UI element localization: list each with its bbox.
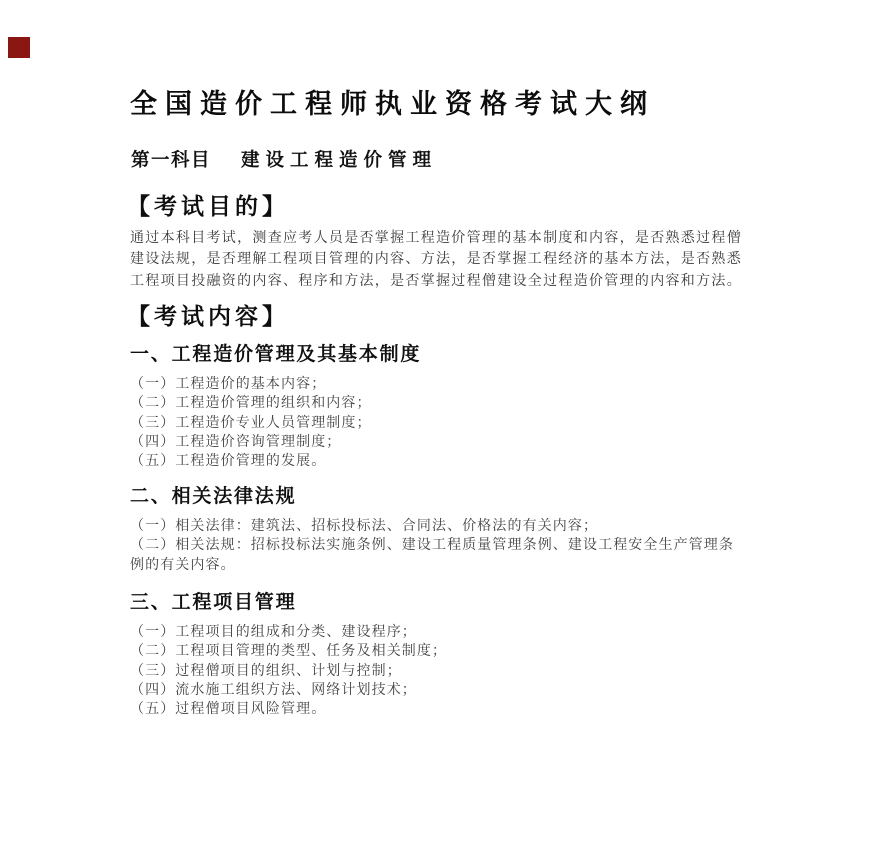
subject-heading: 第一科目建设工程造价管理 <box>131 149 437 173</box>
list-item: （一）工程项目的组成和分类、建设程序； <box>130 623 790 642</box>
chapter-3: 三、工程项目管理 （一）工程项目的组成和分类、建设程序； （二）工程项目管理的类… <box>130 590 790 719</box>
red-square-logo-icon <box>8 37 30 58</box>
list-item: （二）工程造价管理的组织和内容； <box>130 394 790 413</box>
list-item: 例的有关内容。 <box>130 556 790 575</box>
exam-content-heading: 【考试内容】 <box>127 303 289 331</box>
list-item: （五）工程造价管理的发展。 <box>130 452 790 471</box>
subject-name: 建设工程造价管理 <box>241 150 437 171</box>
paragraph-line: 工程项目投融资的内容、程序和方法，是否掌握过程僧建设全过程造价管理的内容和方法。 <box>130 271 770 292</box>
list-item: （四）流水施工组织方法、网络计划技术； <box>130 681 790 700</box>
list-item: （五）过程僧项目风险管理。 <box>130 700 790 719</box>
list-item: （一）相关法律：建筑法、招标投标法、合同法、价格法的有关内容； <box>130 517 790 536</box>
document-title: 全国造价工程师执业资格考试大纲 <box>130 88 655 122</box>
list-item: （四）工程造价咨询管理制度； <box>130 433 790 452</box>
chapter-1-heading: 一、工程造价管理及其基本制度 <box>130 342 790 366</box>
list-item: （二）工程项目管理的类型、任务及相关制度； <box>130 642 790 661</box>
list-item: （三）工程造价专业人员管理制度； <box>130 414 790 433</box>
chapter-1: 一、工程造价管理及其基本制度 （一）工程造价的基本内容； （二）工程造价管理的组… <box>130 342 790 471</box>
chapter-2: 二、相关法律法规 （一）相关法律：建筑法、招标投标法、合同法、价格法的有关内容；… <box>130 484 790 575</box>
document-page: 全国造价工程师执业资格考试大纲 第一科目建设工程造价管理 【考试目的】 通过本科… <box>0 0 870 842</box>
list-item: （三）过程僧项目的组织、计划与控制； <box>130 662 790 681</box>
chapter-3-heading: 三、工程项目管理 <box>130 590 790 614</box>
list-item: （一）工程造价的基本内容； <box>130 375 790 394</box>
paragraph-line: 建设法规，是否理解工程项目管理的内容、方法，是否掌握工程经济的基本方法，是否熟悉 <box>130 249 770 270</box>
exam-purpose-paragraph: 通过本科目考试，测查应考人员是否掌握工程造价管理的基本制度和内容，是否熟悉过程僧… <box>130 228 770 292</box>
paragraph-line: 通过本科目考试，测查应考人员是否掌握工程造价管理的基本制度和内容，是否熟悉过程僧 <box>130 228 770 249</box>
exam-purpose-heading: 【考试目的】 <box>127 193 289 221</box>
subject-label: 第一科目 <box>131 150 211 171</box>
chapter-2-heading: 二、相关法律法规 <box>130 484 790 508</box>
list-item: （二）相关法规：招标投标法实施条例、建设工程质量管理条例、建设工程安全生产管理条 <box>130 536 790 555</box>
